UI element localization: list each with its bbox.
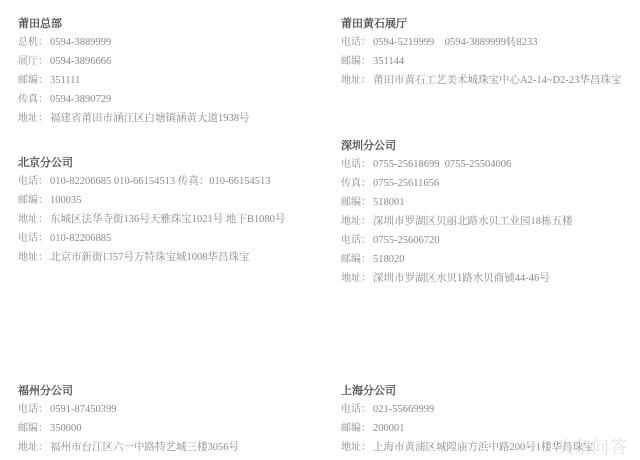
info-row-phone: 电话：0591-87450399 — [18, 400, 239, 419]
row-label: 传真： — [341, 178, 371, 189]
office-title: 北京分公司 — [18, 154, 285, 172]
row-value: 0755-25618699 0755-25504006 — [373, 159, 511, 170]
row-value: 351144 — [373, 56, 404, 67]
row-value: 莆田市黄石工艺美术城珠宝中心A2-14~D2-23华昌珠宝 — [373, 75, 621, 86]
info-row-address-2: 地址：深圳市罗湖区水贝1路水贝商铺44-46号 — [341, 269, 573, 288]
row-value: 福建省莆田市涵江区白塘镇涵黄大道1938号 — [50, 113, 250, 124]
info-row-address: 地址：福州市台江区六一中路特艺城三楼3056号 — [18, 438, 239, 457]
office-title: 莆田黄石展厅 — [341, 15, 621, 33]
info-row-address: 地址：东城区法华寺街136号天雅珠宝1021号 地下B1080号 — [18, 210, 285, 229]
office-beijing: 北京分公司 电话：010-82206685 010-66154513 传真：01… — [18, 154, 285, 267]
row-label: 邮编： — [18, 423, 48, 434]
info-row-main-phone: 总机：0594-3889999 — [18, 33, 250, 52]
row-label: 邮编： — [341, 423, 371, 434]
office-putian-hq: 莆田总部 总机：0594-3889999 展厅：0594-3896666 邮编：… — [18, 15, 250, 128]
office-putian-huangshi-showroom: 莆田黄石展厅 电话：0594-5219999 0594-3889999转8233… — [341, 15, 621, 90]
row-value: 0594-3896666 — [50, 56, 111, 67]
row-label: 总机： — [18, 37, 48, 48]
office-title: 福州分公司 — [18, 382, 239, 400]
row-label: 邮编： — [18, 75, 48, 86]
info-row-address: 地址：深圳市罗湖区贝丽北路水贝工业园18栋五楼 — [341, 212, 573, 231]
row-label: 地址： — [18, 113, 48, 124]
row-value: 0594-3889999 — [50, 37, 111, 48]
row-label: 电话： — [18, 176, 48, 187]
row-value: 0591-87450399 — [50, 404, 117, 415]
row-value: 021-55669999 — [373, 404, 434, 415]
row-value: 0594-3890729 — [50, 94, 111, 105]
row-value: 0755-25606720 — [373, 235, 440, 246]
info-row-postcode: 邮编：351111 — [18, 71, 250, 90]
info-row-address: 地址：莆田市黄石工艺美术城珠宝中心A2-14~D2-23华昌珠宝 — [341, 71, 621, 90]
row-label: 地址： — [18, 442, 48, 453]
info-row-showroom-phone: 展厅：0594-3896666 — [18, 52, 250, 71]
info-row-postcode-2: 邮编：518020 — [341, 250, 573, 269]
row-value: 010-82206685 010-66154513 传真：010-6615451… — [50, 176, 271, 187]
row-label: 地址： — [341, 273, 371, 284]
row-label: 电话： — [18, 233, 48, 244]
row-label: 展厅： — [18, 56, 48, 67]
row-value: 东城区法华寺街136号天雅珠宝1021号 地下B1080号 — [50, 214, 285, 225]
info-row-phone: 电话：0594-5219999 0594-3889999转8233 — [341, 33, 621, 52]
row-value: 深圳市罗湖区贝丽北路水贝工业园18栋五楼 — [373, 216, 573, 227]
row-label: 地址： — [341, 216, 371, 227]
row-label: 电话： — [341, 159, 371, 170]
info-row-address: 地址：福建省莆田市涵江区白塘镇涵黄大道1938号 — [18, 109, 250, 128]
row-value: 518020 — [373, 254, 405, 265]
row-value: 0594-5219999 0594-3889999转8233 — [373, 37, 538, 48]
row-value: 深圳市罗湖区水贝1路水贝商铺44-46号 — [373, 273, 550, 284]
info-row-postcode: 邮编：351144 — [341, 52, 621, 71]
row-value: 350000 — [50, 423, 82, 434]
row-label: 传真： — [18, 94, 48, 105]
row-value: 0755-25611656 — [373, 178, 439, 189]
row-value: 518001 — [373, 197, 405, 208]
row-label: 邮编： — [341, 197, 371, 208]
watermark: 头条问答 — [556, 433, 628, 458]
info-row-postcode: 邮编：518001 — [341, 193, 573, 212]
info-row-fax: 传真：0755-25611656 — [341, 174, 573, 193]
row-value: 100035 — [50, 195, 82, 206]
office-title: 莆田总部 — [18, 15, 250, 33]
office-fuzhou: 福州分公司 电话：0591-87450399 邮编：350000 地址：福州市台… — [18, 382, 239, 457]
row-label: 电话： — [341, 37, 371, 48]
row-value: 福州市台江区六一中路特艺城三楼3056号 — [50, 442, 239, 453]
office-title: 深圳分公司 — [341, 137, 573, 155]
info-row-phone: 电话：021-55669999 — [341, 400, 594, 419]
info-row-phone-2: 电话：0755-25606720 — [341, 231, 573, 250]
row-label: 邮编： — [341, 254, 371, 265]
row-label: 电话： — [341, 235, 371, 246]
info-row-phone: 电话：0755-25618699 0755-25504006 — [341, 155, 573, 174]
info-row-fax: 传真：0594-3890729 — [18, 90, 250, 109]
info-row-phone: 电话：010-82206685 010-66154513 传真：010-6615… — [18, 172, 285, 191]
office-title: 上海分公司 — [341, 382, 594, 400]
info-row-postcode: 邮编：350000 — [18, 419, 239, 438]
row-label: 地址： — [18, 252, 48, 263]
office-shenzhen: 深圳分公司 电话：0755-25618699 0755-25504006 传真：… — [341, 137, 573, 288]
row-label: 邮编： — [18, 195, 48, 206]
row-label: 地址： — [341, 75, 371, 86]
info-row-phone-2: 电话：010-82206885 — [18, 229, 285, 248]
row-label: 地址： — [341, 442, 371, 453]
row-value: 010-82206885 — [50, 233, 111, 244]
row-value: 200001 — [373, 423, 405, 434]
info-row-postcode: 邮编：100035 — [18, 191, 285, 210]
row-value: 北京市新街口57号万特珠宝城1008华昌珠宝 — [50, 252, 250, 263]
row-label: 邮编： — [341, 56, 371, 67]
row-value: 351111 — [50, 75, 80, 86]
row-label: 电话： — [18, 404, 48, 415]
row-label: 电话： — [341, 404, 371, 415]
info-row-address-2: 地址：北京市新街口57号万特珠宝城1008华昌珠宝 — [18, 248, 285, 267]
row-label: 地址： — [18, 214, 48, 225]
